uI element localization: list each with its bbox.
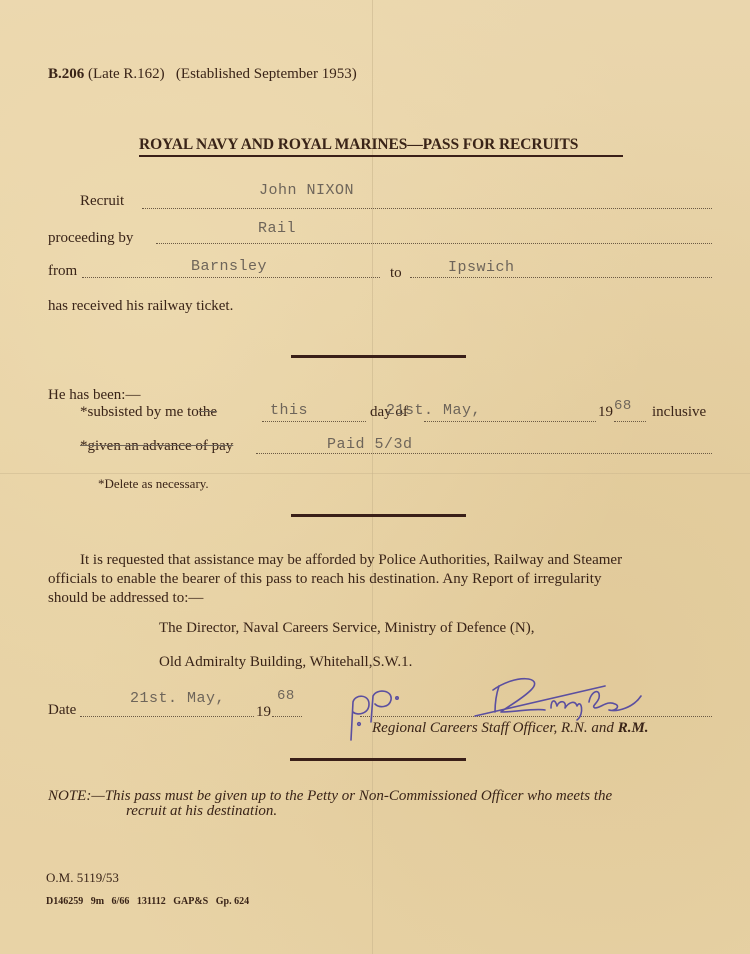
address-line-1: The Director, Naval Careers Service, Min…: [159, 620, 535, 637]
form-header: B.206 (Late R.162) (Established Septembe…: [48, 66, 357, 83]
year-dotted-line: [614, 421, 646, 422]
ticket-text: has received his railway ticket.: [48, 298, 233, 315]
recruit-label: Recruit: [80, 193, 124, 210]
date-label: Date: [48, 702, 76, 719]
sign-date-dotted-line: [80, 716, 254, 717]
he-has-been-label: He has been:—: [48, 387, 140, 404]
proceeding-dotted-line: [156, 243, 712, 244]
established-date: (Established September 1953): [176, 66, 357, 82]
section-divider: [291, 355, 466, 358]
from-dotted-line: [82, 277, 380, 278]
section-divider: [291, 514, 466, 517]
inclusive-label: inclusive: [652, 404, 706, 421]
recruit-dotted-line: [142, 208, 712, 209]
year-prefix: 19: [598, 404, 613, 421]
sign-year-value[interactable]: 68: [277, 688, 295, 704]
form-number: B.206: [48, 66, 84, 82]
sign-date-value[interactable]: 21st. May,: [130, 690, 225, 707]
note-line-2: recruit at his destination.: [126, 803, 277, 820]
request-line-1: It is requested that assistance may be a…: [80, 552, 622, 569]
title-underline: [139, 155, 623, 157]
date-dotted-line: [424, 421, 596, 422]
subsisted-value[interactable]: this: [270, 402, 308, 419]
print-reference: D146259 9m 6/66 131112 GAP&S Gp. 624: [46, 896, 249, 907]
officer-title: Regional Careers Staff Officer, R.N. and…: [372, 720, 649, 737]
from-label: from: [48, 263, 77, 280]
to-value[interactable]: Ipswich: [448, 259, 515, 276]
section-divider: [290, 758, 466, 761]
note-label: NOTE:—: [48, 788, 105, 804]
sign-year-dotted-line: [272, 716, 302, 717]
om-reference: O.M. 5119/53: [46, 870, 119, 886]
from-value[interactable]: Barnsley: [191, 258, 267, 275]
request-line-3: should be addressed to:—: [48, 590, 203, 607]
subsisted-dotted-line: [262, 421, 366, 422]
subsisted-struck-word: the: [199, 404, 217, 420]
to-dotted-line: [410, 277, 712, 278]
advance-label: *given an advance of pay: [80, 438, 233, 455]
advance-value[interactable]: Paid 5/3d: [327, 436, 413, 453]
sign-year-prefix: 19: [256, 704, 271, 721]
subsisted-line: *subsisted by me tothe: [80, 404, 217, 421]
late-ref: (Late R.162): [88, 66, 165, 82]
to-label: to: [390, 265, 402, 282]
advance-dotted-line: [256, 453, 712, 454]
delete-note: *Delete as necessary.: [98, 476, 209, 492]
recruit-value[interactable]: John NIXON: [259, 182, 354, 199]
page-title: ROYAL NAVY AND ROYAL MARINES—PASS FOR RE…: [139, 136, 578, 154]
subsisted-year-value[interactable]: 68: [614, 398, 632, 414]
subsisted-date-value[interactable]: 21st. May,: [386, 402, 481, 419]
fold-crease-horizontal: [0, 473, 750, 474]
proceeding-label: proceeding by: [48, 230, 133, 247]
subsisted-prefix: *subsisted by me to: [80, 404, 199, 420]
proceeding-value[interactable]: Rail: [258, 220, 296, 237]
address-line-2: Old Admiralty Building, Whitehall,S.W.1.: [159, 654, 412, 671]
request-line-2: officials to enable the bearer of this p…: [48, 571, 602, 588]
